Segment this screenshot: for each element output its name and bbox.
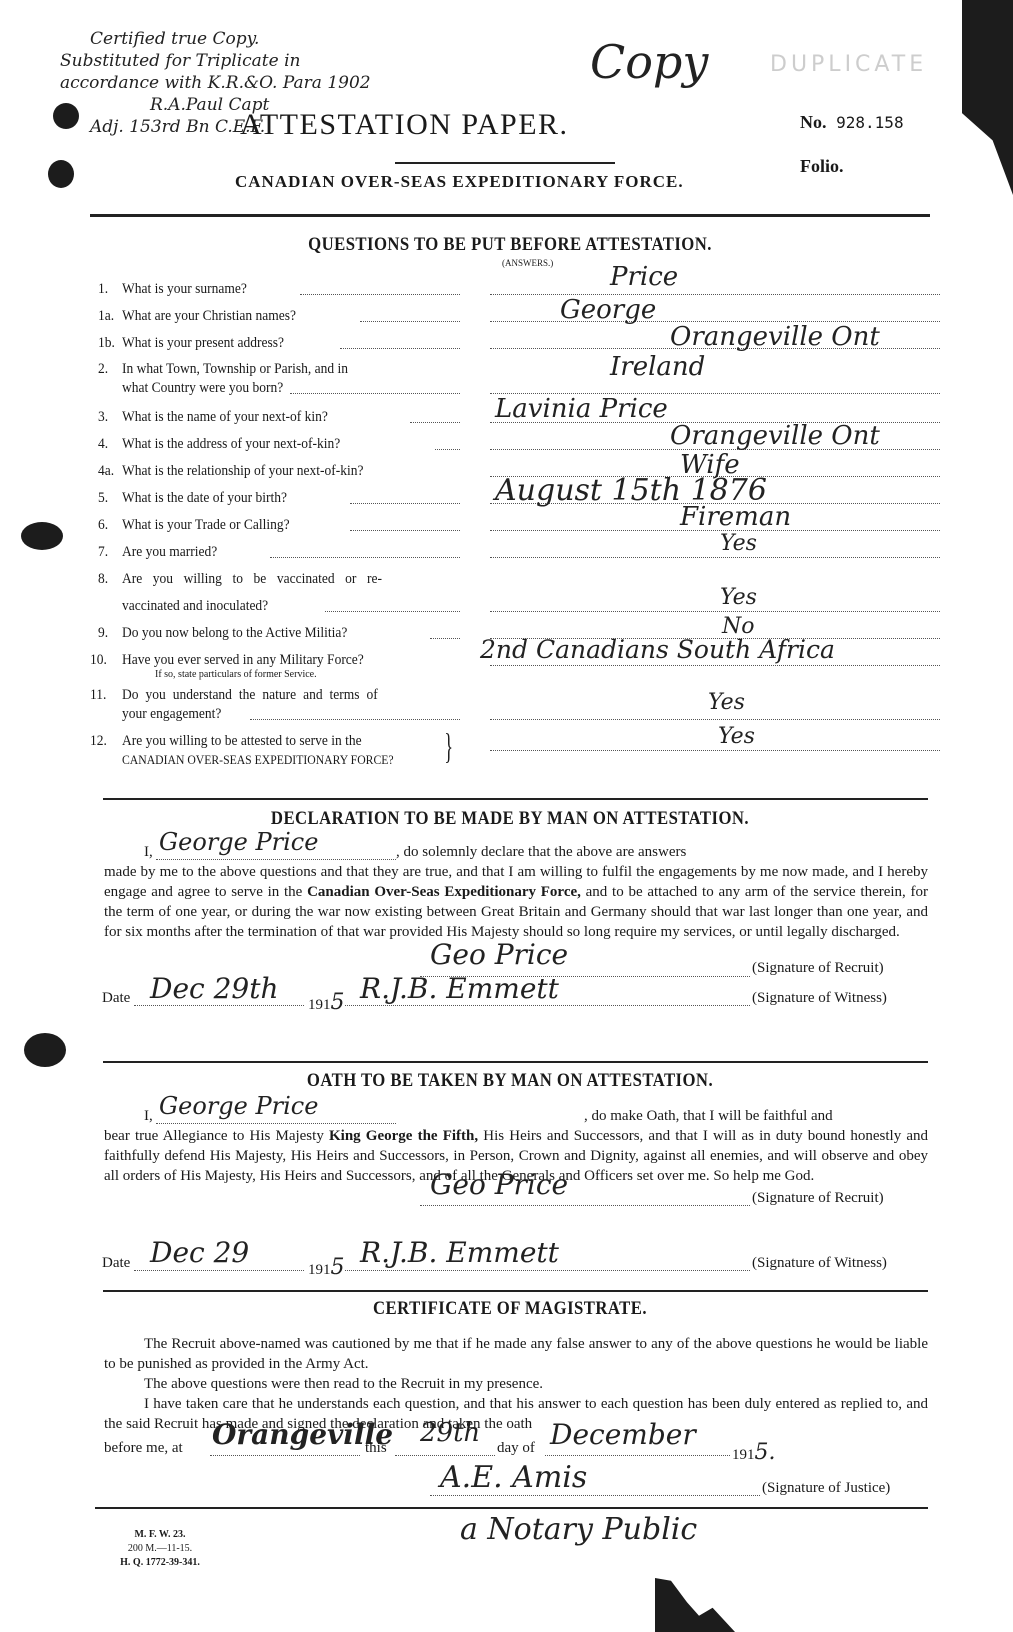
punch-hole-top-2 (48, 160, 74, 188)
oath-first-line: I, George Price , do make Oath, that I w… (104, 1106, 928, 1126)
question-text: What are your Christian names? (122, 307, 296, 325)
question-text: What is the name of your next-of kin? (122, 408, 328, 426)
answer-next-of-kin: Lavinia Price (495, 394, 668, 424)
year-prefix: 191 (732, 1447, 755, 1463)
question-number: 4. (98, 435, 108, 453)
answer-surname: Price (610, 262, 678, 292)
oath-date-value: Dec 29 (150, 1236, 249, 1269)
justice-sig-line (430, 1495, 760, 1496)
declaration-i: I, (144, 842, 153, 862)
magistrate-heading: CERTIFICATE OF MAGISTRATE. (140, 1298, 879, 1320)
declaration-year: 1915 (308, 990, 345, 1015)
question-text-line-2: CANADIAN OVER-SEAS EXPEDITIONARY FORCE? (122, 751, 394, 769)
punch-hole-lower (24, 1033, 66, 1067)
answer-married: Yes (720, 531, 757, 556)
this-label: this (365, 1440, 387, 1457)
question-note: If so, state particulars of former Servi… (155, 669, 317, 680)
declaration-date-label: Date (102, 990, 130, 1007)
question-leader (300, 294, 460, 295)
question-number: 11. (90, 686, 106, 704)
question-leader (350, 530, 460, 531)
answer-line (490, 557, 940, 558)
oath-recruit-sig-label: (Signature of Recruit) (752, 1190, 884, 1207)
question-text: Do you now belong to the Active Militia? (122, 624, 347, 642)
oath-year: 1915 (308, 1255, 345, 1280)
question-text: Do you understand the nature and terms o… (122, 686, 378, 704)
questions-bottom-rule (103, 798, 928, 800)
question-text-line-2: vaccinated and inoculated? (122, 597, 268, 615)
attestation-number: No. 928.158 (800, 112, 904, 133)
question-text: In what Town, Township or Parish, and in (122, 360, 348, 378)
question-text: What is your present address? (122, 334, 284, 352)
scan-shadow-bottom (655, 1578, 735, 1632)
oath-witness-line (345, 1270, 750, 1271)
answer-line (490, 611, 940, 612)
copy-mark: Copy (590, 35, 708, 89)
declaration-recruit-name: George Price (159, 832, 318, 852)
question-number: 8. (98, 570, 108, 588)
question-text: What is your surname? (122, 280, 247, 298)
month-line (545, 1455, 730, 1456)
brace-icon: } (444, 728, 453, 764)
question-text: Are you married? (122, 543, 217, 561)
declaration-witness-sig-label: (Signature of Witness) (752, 990, 887, 1007)
header-rule (90, 214, 930, 217)
punch-hole-middle (21, 522, 63, 550)
question-leader (340, 348, 460, 349)
justice-sig-label: (Signature of Justice) (762, 1480, 890, 1497)
magistrate-bottom-rule (95, 1507, 928, 1509)
year-prefix: 191 (308, 997, 331, 1013)
oath-witness-signature: R.J.B. Emmett (360, 1236, 559, 1269)
place-line (210, 1455, 360, 1456)
answer-christian-names: George (560, 295, 656, 325)
question-text: What is the date of your birth? (122, 489, 287, 507)
question-list: 1. What is your surname? Price 1a. What … (90, 280, 990, 760)
note-line-2: Substituted for Triplicate in (60, 50, 371, 72)
notary-public-note: a Notary Public (460, 1512, 697, 1547)
oath-witness-sig-label: (Signature of Witness) (752, 1255, 887, 1272)
question-leader (325, 611, 460, 612)
declaration-recruit-sig-label: (Signature of Recruit) (752, 960, 884, 977)
year-suffix: 5 (331, 990, 345, 1015)
form-code-3: H. Q. 1772-39-341. (100, 1556, 220, 1570)
year-suffix: 5. (755, 1440, 776, 1465)
answers-label: (ANSWERS.) (502, 258, 553, 268)
question-leader (350, 503, 460, 504)
answer-present-address: Orangeville Ont (670, 322, 880, 352)
declaration-date-line (134, 1005, 304, 1006)
year-suffix: 5 (331, 1255, 345, 1280)
answer-military-service: 2nd Canadians South Africa (480, 635, 835, 664)
answer-line (490, 294, 940, 295)
declaration-name-line (156, 859, 396, 860)
question-number: 10. (90, 651, 107, 669)
question-leader (270, 557, 460, 558)
oath-text-2: bear true Allegiance to His Majesty (104, 1128, 324, 1144)
declaration-witness-signature: R.J.B. Emmett (360, 972, 559, 1005)
form-codes: M. F. W. 23. 200 M.—11-15. H. Q. 1772-39… (100, 1528, 220, 1570)
oath-i: I, (144, 1106, 153, 1126)
document-title: ATTESTATION PAPER. (240, 108, 569, 142)
question-number: 9. (98, 624, 108, 642)
answer-line (490, 750, 940, 751)
oath-date-label: Date (102, 1255, 130, 1272)
question-text: What is your Trade or Calling? (122, 516, 290, 534)
question-leader (430, 638, 460, 639)
declaration-bottom-rule (103, 1061, 928, 1063)
question-number: 2. (98, 360, 108, 378)
year-prefix: 191 (308, 1262, 331, 1278)
declaration-heading: DECLARATION TO BE MADE BY MAN ON ATTESTA… (140, 808, 879, 830)
title-underline (395, 162, 615, 164)
form-code-2: 200 M.—11-15. (100, 1542, 220, 1556)
justice-signature: A.E. Amis (440, 1460, 587, 1495)
oath-bottom-rule (103, 1290, 928, 1292)
day-of-label: day of (497, 1440, 535, 1457)
question-leader (410, 422, 460, 423)
answer-willing-to-attest: Yes (718, 724, 755, 749)
declaration-text: I, George Price , do solemnly declare th… (104, 842, 928, 942)
declaration-first-line: I, George Price , do solemnly declare th… (104, 842, 928, 862)
question-leader (360, 321, 460, 322)
note-line-3: accordance with K.R.&O. Para 1902 (60, 72, 371, 94)
question-leader (250, 719, 460, 720)
declaration-recruit-signature: Geo Price (430, 938, 568, 971)
question-number: 6. (98, 516, 108, 534)
folio-label: Folio. (800, 156, 844, 177)
declaration-force-name: Canadian Over-Seas Expeditionary Force, (307, 884, 581, 900)
question-text: What is the address of your next-of-kin? (122, 435, 340, 453)
magistrate-para-1: The Recruit above-named was cautioned by… (104, 1334, 928, 1374)
oath-heading: OATH TO BE TAKEN BY MAN ON ATTESTATION. (140, 1070, 879, 1092)
question-leader (435, 449, 460, 450)
answer-line (490, 719, 940, 720)
duplicate-stamp: DUPLICATE (770, 52, 927, 77)
question-leader (290, 393, 460, 394)
answer-line (490, 665, 940, 666)
day-line (395, 1455, 495, 1456)
document-subtitle: CANADIAN OVER-SEAS EXPEDITIONARY FORCE. (235, 172, 684, 192)
questions-heading: QUESTIONS TO BE PUT BEFORE ATTESTATION. (140, 234, 879, 256)
answer-trade: Fireman (680, 502, 791, 532)
oath-text-1: , do make Oath, that I will be faithful … (584, 1106, 833, 1126)
question-text-line-2: what Country were you born? (122, 379, 283, 397)
question-text: Have you ever served in any Military For… (122, 651, 364, 669)
declaration-date-value: Dec 29th (150, 972, 279, 1005)
oath-date-line (134, 1270, 304, 1271)
question-text: Are you willing to be vaccinated or re- (122, 570, 382, 588)
question-text: Are you willing to be attested to serve … (122, 732, 362, 750)
magistrate-day: 29th (420, 1418, 480, 1448)
oath-recruit-sig-line (420, 1205, 750, 1206)
oath-recruit-name: George Price (159, 1096, 318, 1116)
question-number: 12. (90, 732, 107, 750)
question-number: 3. (98, 408, 108, 426)
question-text: What is the relationship of your next-of… (122, 462, 363, 480)
magistrate-para-2: The above questions were then read to th… (104, 1374, 928, 1394)
oath-name-line (156, 1123, 396, 1124)
question-text-line-2: your engagement? (122, 705, 221, 723)
question-number: 1b. (98, 334, 115, 352)
question-number: 5. (98, 489, 108, 507)
magistrate-month: December (550, 1418, 696, 1451)
oath-king-name: King George the Fifth, (329, 1128, 478, 1144)
oath-recruit-signature: Geo Price (430, 1168, 568, 1201)
question-number: 1. (98, 280, 108, 298)
magistrate-year: 1915. (732, 1440, 776, 1465)
declaration-witness-line (345, 1005, 750, 1006)
form-code-1: M. F. W. 23. (100, 1528, 220, 1542)
note-line-1: Certified true Copy. (60, 28, 371, 50)
answer-next-of-kin-address: Orangeville Ont (670, 421, 880, 451)
answer-vaccinated: Yes (720, 585, 757, 610)
before-me-label: before me, at (104, 1440, 183, 1457)
number-label: No. (800, 112, 827, 132)
question-number: 4a. (98, 462, 114, 480)
answer-understand-terms: Yes (708, 690, 745, 715)
question-number: 7. (98, 543, 108, 561)
scan-shadow-top-right (962, 0, 1013, 195)
declaration-text-1: , do solemnly declare that the above are… (396, 842, 686, 862)
number-value: 928.158 (836, 113, 903, 132)
question-number: 1a. (98, 307, 114, 325)
answer-birthplace: Ireland (610, 352, 705, 382)
